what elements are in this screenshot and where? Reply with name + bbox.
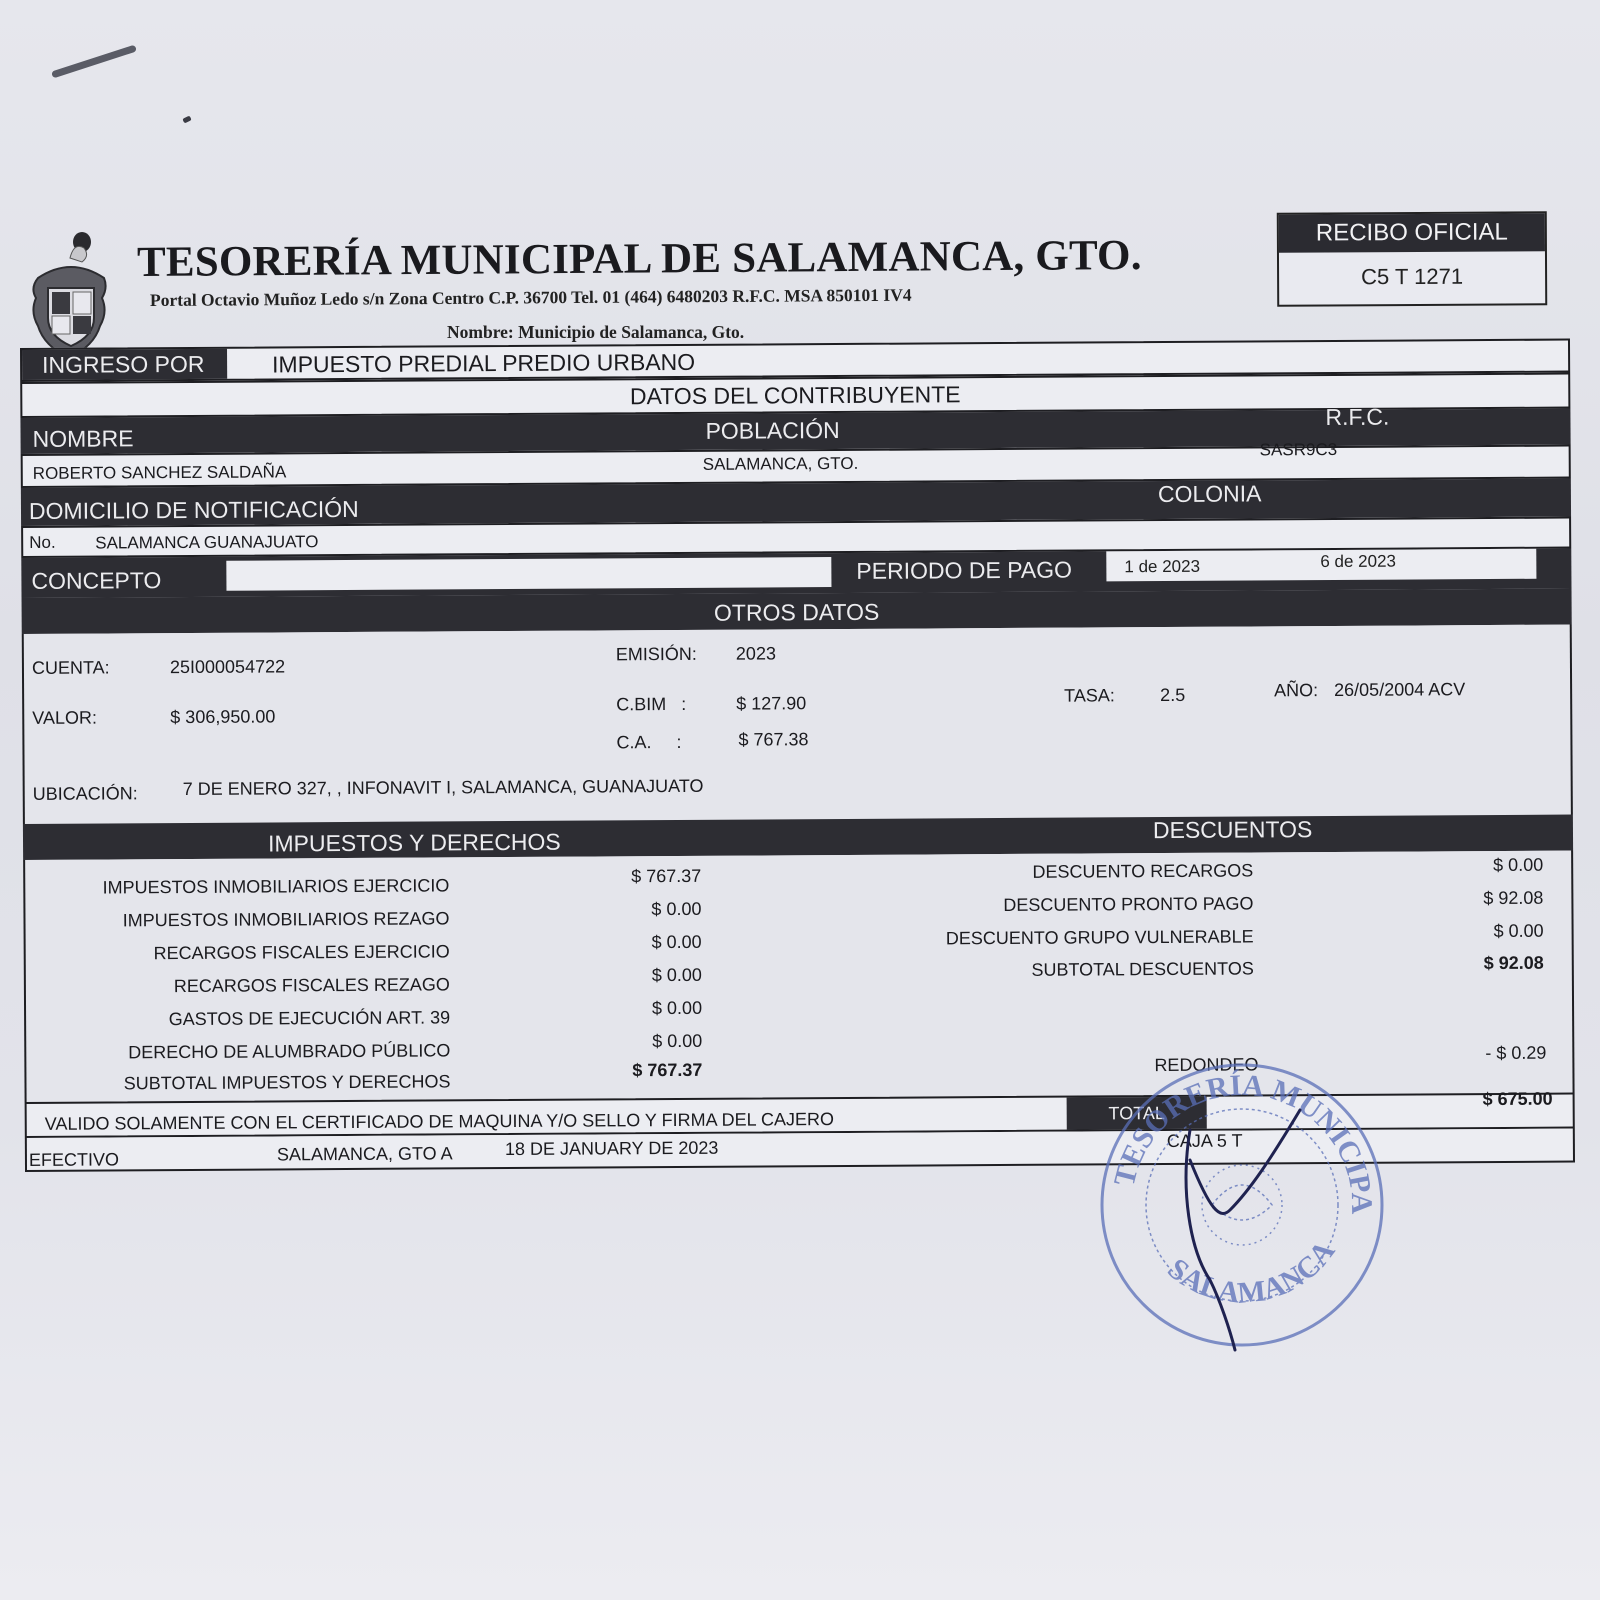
ubicacion-value: 7 DE ENERO 327, , INFONAVIT I, SALAMANCA… [183,776,704,800]
subtotal-descuentos-label: SUBTOTAL DESCUENTOS [1031,958,1254,980]
descuento-label: DESCUENTO PRONTO PAGO [1003,893,1253,916]
treasury-title: TESORERÍA MUNICIPAL DE SALAMANCA, GTO. [137,231,1142,287]
fecha: 18 DE JANUARY DE 2023 [505,1138,719,1160]
impuestos-title: IMPUESTOS Y DERECHOS [268,829,561,858]
rfc-label: R.F.C. [1325,404,1389,431]
nombre-label: NOMBRE [32,425,133,453]
ink-dot [182,116,191,124]
cuenta-label: CUENTA: [32,657,110,678]
domicilio-value: SALAMANCA GUANAJUATO [95,532,318,553]
poblacion-label: POBLACIÓN [705,417,839,445]
impuesto-label: IMPUESTOS INMOBILIARIOS REZAGO [123,908,450,931]
emision-label: EMISIÓN: [616,644,697,665]
impuesto-amount: $ 0.00 [652,1031,702,1052]
colonia-label: COLONIA [1158,480,1262,508]
anio-label: AÑO: [1274,680,1318,701]
impuesto-label: RECARGOS FISCALES REZAGO [174,974,450,997]
cuenta-value: 25I000054722 [170,656,285,678]
receipt-number: C5 T 1271 [1279,251,1545,302]
descuento-amount: $ 0.00 [1493,855,1543,876]
cashier-signature [1150,1100,1330,1360]
subtotal-impuestos-label: SUBTOTAL IMPUESTOS Y DERECHOS [124,1071,451,1094]
impuesto-amount: $ 0.00 [651,899,701,920]
cbim-value: $ 127.90 [736,693,806,714]
periodo-desde: 1 de 2023 [1124,557,1200,577]
receipt-form: INGRESO POR IMPUESTO PREDIAL PREDIO URBA… [20,339,1575,1170]
periodo-hasta: 6 de 2023 [1320,552,1396,572]
pen-mark [51,45,137,79]
domicilio-label: DOMICILIO DE NOTIFICACIÓN [29,496,359,525]
cbim-label: C.BIM : [616,694,686,715]
descuento-label: DESCUENTO RECARGOS [1032,860,1253,882]
forma-pago: EFECTIVO [29,1149,119,1171]
impuesto-amount: $ 0.00 [652,932,702,953]
tasa-value: 2.5 [1160,685,1185,706]
subtotal-descuentos-amount: $ 92.08 [1484,953,1544,974]
descuento-label: DESCUENTO GRUPO VULNERABLE [946,926,1254,949]
impuesto-label: IMPUESTOS INMOBILIARIOS EJERCICIO [103,875,450,898]
nombre-value: ROBERTO SANCHEZ SALDAÑA [33,462,287,484]
subtotal-impuestos-amount: $ 767.37 [632,1060,702,1081]
periodo-label: PERIODO DE PAGO [856,557,1072,585]
impuesto-amount: $ 767.37 [631,866,701,887]
otros-datos-body: CUENTA: 25I000054722 EMISIÓN: 2023 VALOR… [22,625,1573,824]
impuesto-amount: $ 0.00 [652,998,702,1019]
impuesto-label: DERECHO DE ALUMBRADO PÚBLICO [128,1040,450,1063]
anio-value: 26/05/2004 ACV [1334,679,1465,701]
municipality-name: Nombre: Municipio de Salamanca, Gto. [447,322,744,343]
ubicacion-label: UBICACIÓN: [33,783,138,805]
impuesto-amount: $ 0.00 [652,965,702,986]
ca-label: C.A. : [616,732,681,753]
valor-label: VALOR: [32,708,97,729]
ingreso-label: INGRESO POR [22,349,227,380]
redondeo-amount: - $ 0.29 [1485,1043,1546,1064]
coat-of-arms-icon [30,228,112,360]
no-label: No. [29,533,56,553]
official-receipt-box: RECIBO OFICIAL C5 T 1271 [1277,211,1547,306]
descuento-amount: $ 92.08 [1483,888,1543,909]
tasa-label: TASA: [1064,685,1115,706]
descuentos-title: DESCUENTOS [1153,816,1312,844]
ingreso-value: IMPUESTO PREDIAL PREDIO URBANO [272,348,695,379]
descuento-amount: $ 0.00 [1493,921,1543,942]
validez-text: VALIDO SOLAMENTE CON EL CERTIFICADO DE M… [45,1109,834,1135]
lugar: SALAMANCA, GTO A [277,1143,453,1165]
receipt-label: RECIBO OFICIAL [1279,213,1545,252]
ca-value: $ 767.38 [738,729,808,750]
total-amount: $ 675.00 [1482,1089,1552,1110]
valor-value: $ 306,950.00 [170,706,275,728]
emision-value: 2023 [736,643,776,664]
treasury-address: Portal Octavio Muñoz Ledo s/n Zona Centr… [150,285,912,311]
concepto-value [226,557,831,591]
periodo-box: 1 de 2023 6 de 2023 [1106,549,1536,582]
impuesto-label: GASTOS DE EJECUCIÓN ART. 39 [169,1007,451,1030]
impuesto-label: RECARGOS FISCALES EJERCICIO [154,941,450,964]
rfc-value: SASR9C3 [1260,440,1338,460]
concepto-label: CONCEPTO [31,567,161,595]
poblacion-value: SALAMANCA, GTO. [703,454,859,475]
